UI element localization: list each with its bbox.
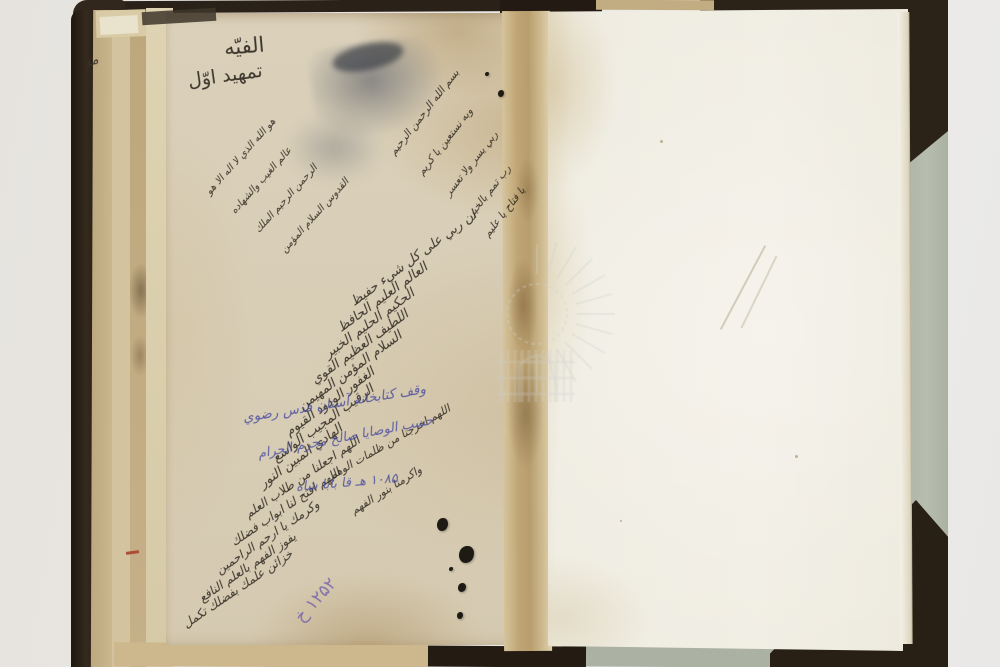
paper-speck bbox=[620, 520, 622, 522]
paper-speck bbox=[660, 140, 663, 143]
ink-smudge bbox=[285, 112, 385, 184]
page-bottom-edge bbox=[114, 642, 428, 667]
page-corner-fragment bbox=[100, 15, 139, 35]
manuscript-photo: الفيّه تمهيد اوّل مد بسم الله الرحمن الر… bbox=[0, 0, 1000, 667]
paper-speck bbox=[795, 455, 798, 458]
handwriting-title: الفيّه bbox=[223, 33, 265, 60]
cover-bottom-edge bbox=[408, 645, 586, 667]
page-block-top-edge bbox=[596, 0, 714, 10]
library-emblem-watermark bbox=[455, 242, 635, 412]
